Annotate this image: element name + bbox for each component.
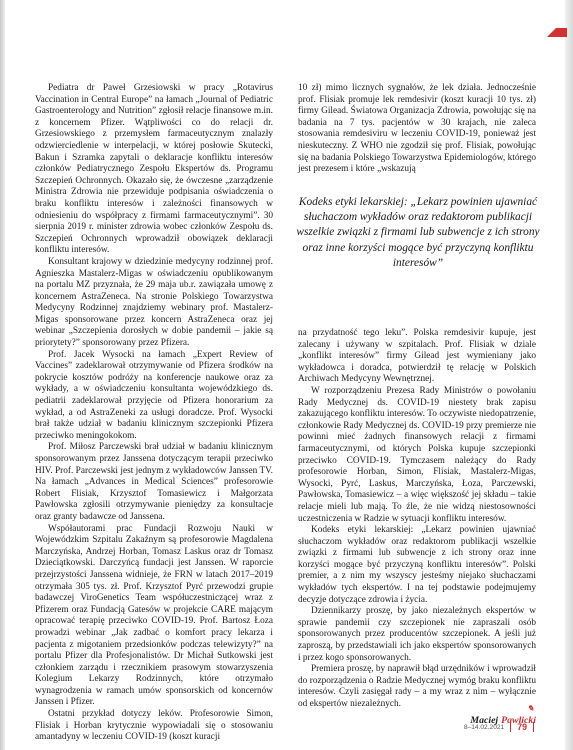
paragraph: Konsultant krajowy w dziedzinie medycyny…	[35, 257, 273, 350]
paragraph: Premiera proszę, by naprawił błąd urzędn…	[298, 664, 536, 710]
paragraph: Dziennikarzy proszę, by jako niezależnyc…	[298, 606, 536, 664]
paragraph: Prof. Miłosz Parczewski brał udział w ba…	[35, 442, 273, 523]
paragraph: na przydatność tego leku”. Polska remdes…	[298, 328, 536, 386]
article-right-column-bottom: na przydatność tego leku”. Polska remdes…	[298, 328, 536, 726]
page-footer: 8–14.02.2021 79	[420, 722, 540, 732]
paragraph: Ostatni przykład dotyczy leków. Profesor…	[35, 709, 273, 744]
paragraph: W rozporządzeniu Prezesa Rady Ministrów …	[298, 386, 536, 525]
footer-divider	[510, 722, 511, 732]
paragraph: Prof. Jacek Wysocki na łamach „Expert Re…	[35, 350, 273, 443]
page-right-edge	[565, 0, 573, 750]
page-number: 79	[517, 722, 527, 732]
article-left-column: Pediatra dr Paweł Grzesiowski w pracy „R…	[35, 83, 273, 744]
issue-date: 8–14.02.2021	[464, 724, 504, 731]
paragraph: Pediatra dr Paweł Grzesiowski w pracy „R…	[35, 83, 273, 257]
pull-quote: Kodeks etyki lekarskiej: „Lekarz powinie…	[296, 195, 540, 271]
pen-nib-icon: ✎	[527, 703, 534, 715]
footer-divider	[533, 722, 534, 732]
section-tab-marker	[547, 28, 567, 37]
paragraph: 10 zł) mimo licznych sygnałów, że lek dz…	[298, 83, 536, 176]
page-left-edge	[0, 0, 5, 750]
paragraph: Współautorami prac Fundacji Rozwoju Nauk…	[35, 524, 273, 710]
paragraph: Kodeks etyki lekarskiej: „Lekarz powinie…	[298, 525, 536, 606]
article-right-column-top: 10 zł) mimo licznych sygnałów, że lek dz…	[298, 83, 536, 176]
